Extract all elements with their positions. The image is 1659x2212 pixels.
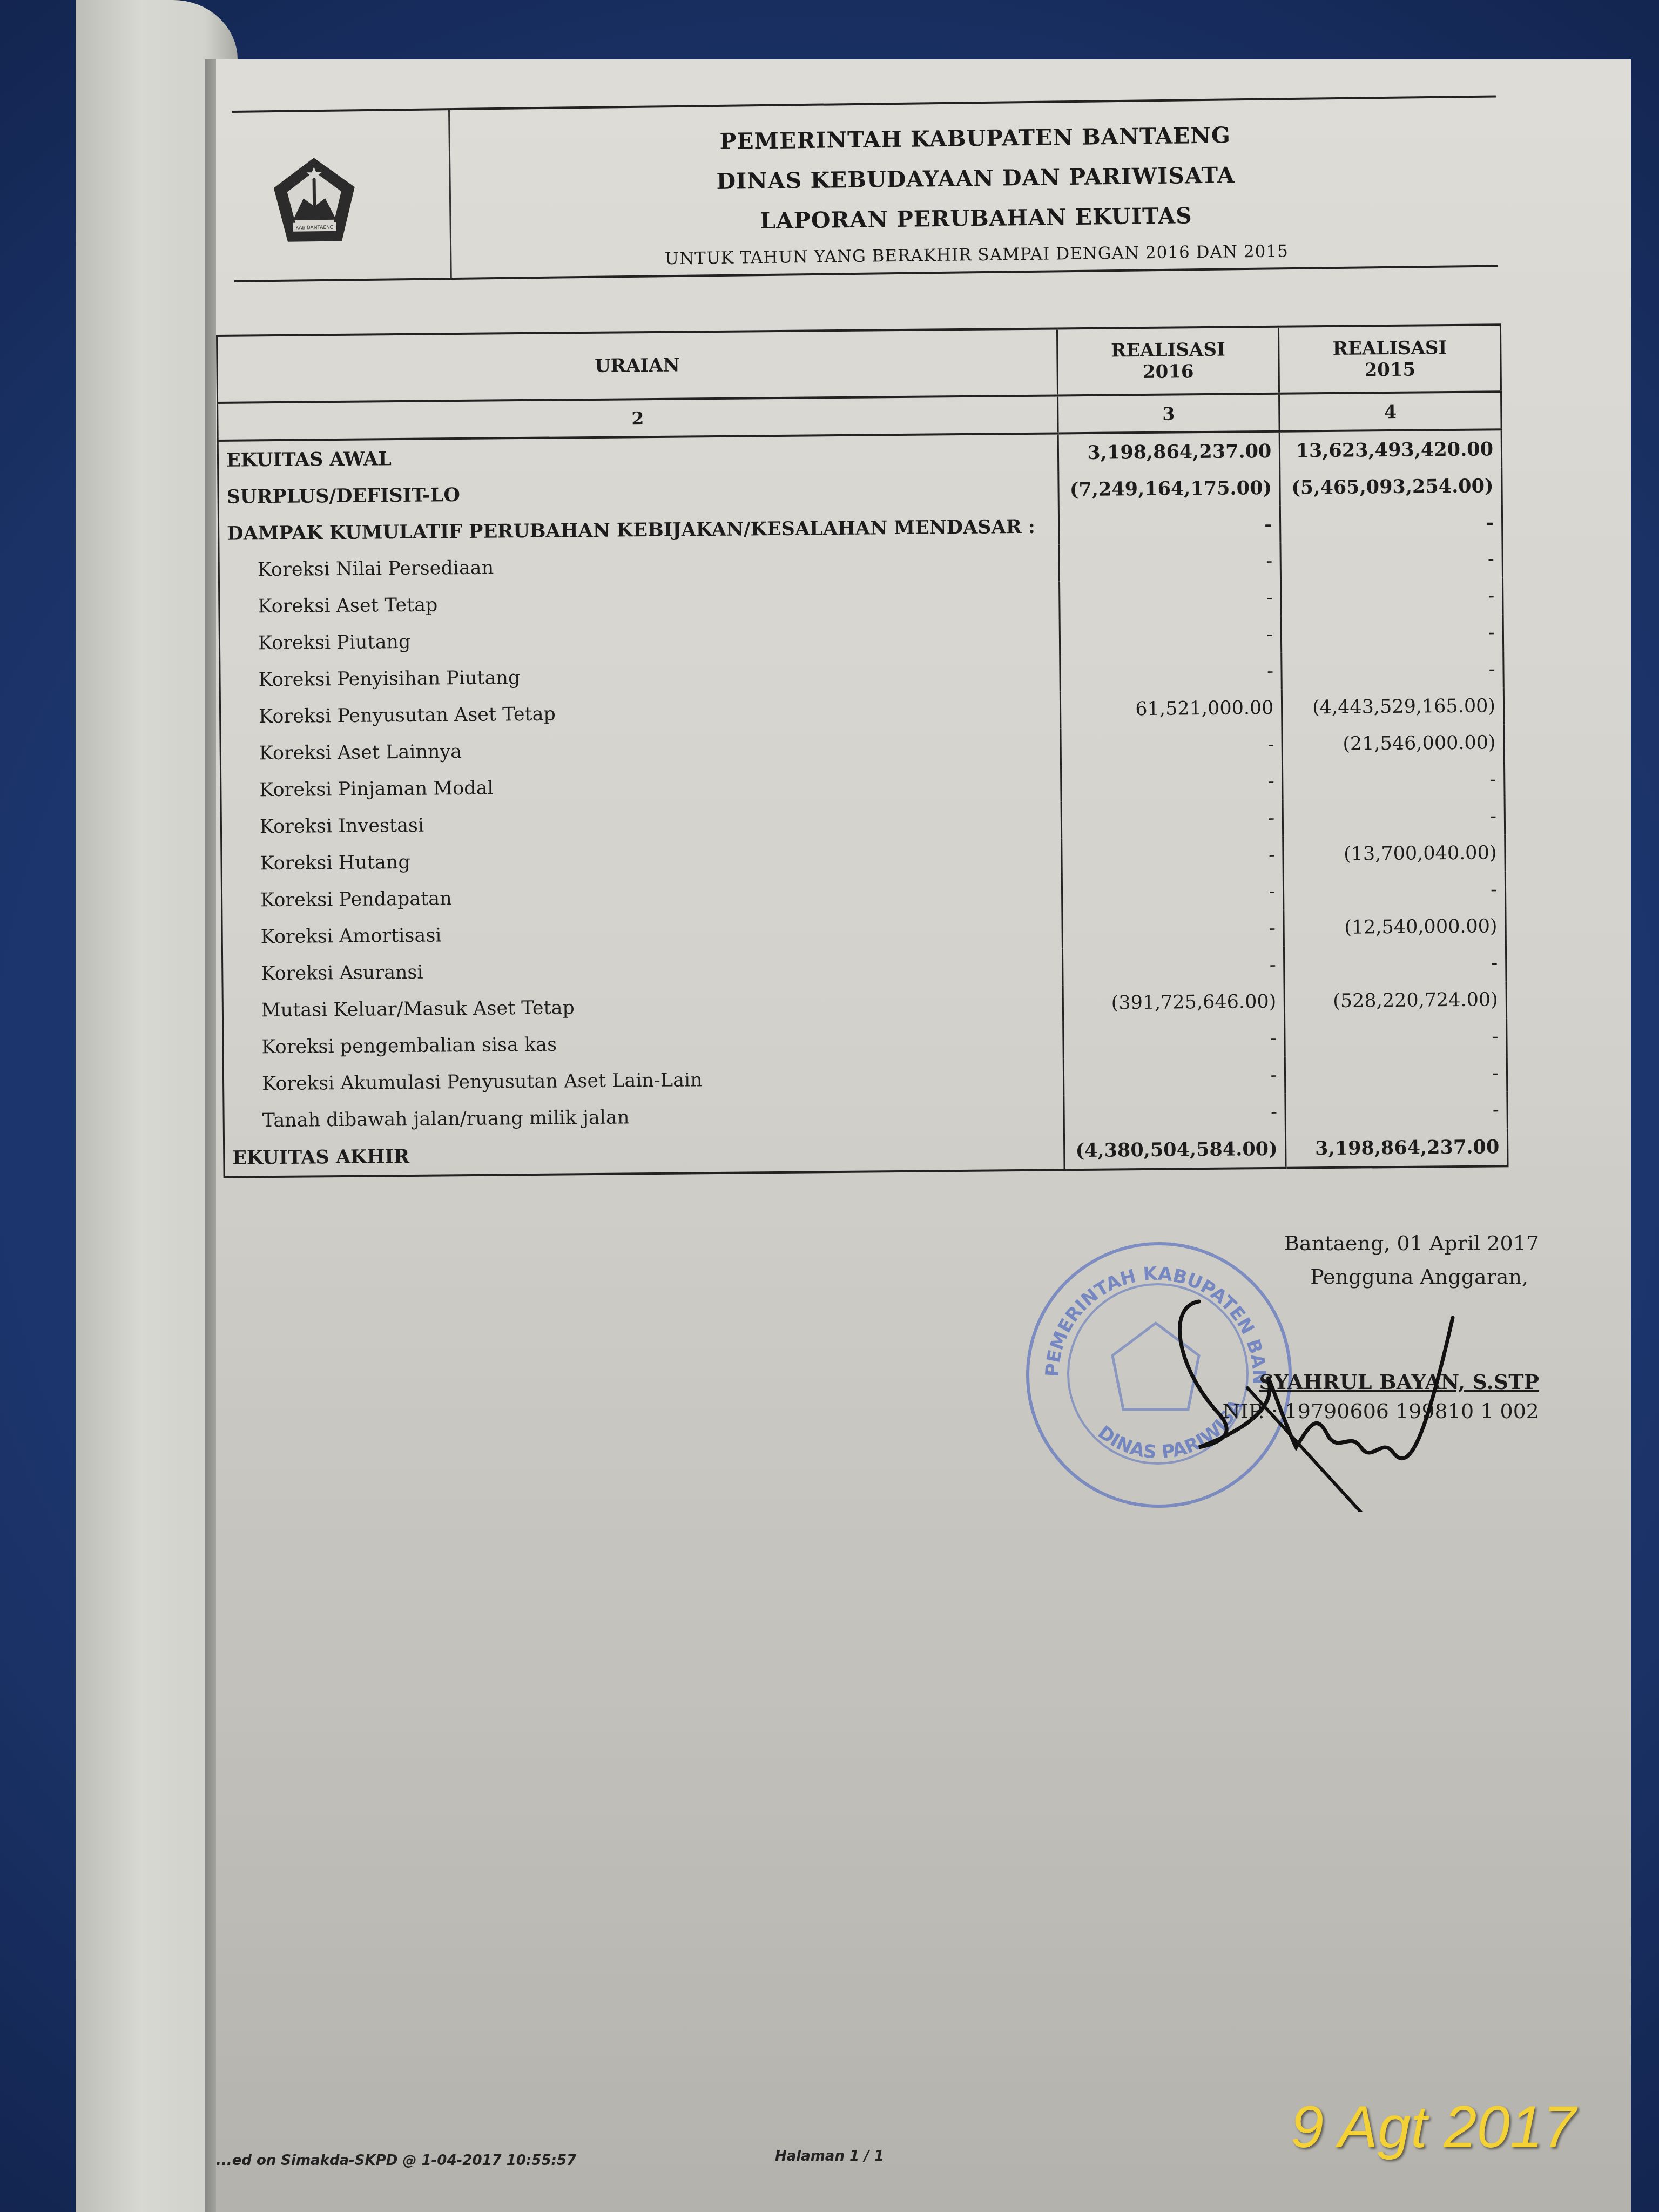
value-2016: - — [1059, 579, 1281, 618]
value-2016: 61,521,000.00 — [1060, 690, 1282, 729]
row-label: EKUITAS AKHIR — [224, 1132, 1064, 1177]
page-number: Halaman 1 / 1 — [775, 2148, 884, 2164]
value-2016: - — [1061, 800, 1283, 839]
handwritten-signature-icon — [1134, 1285, 1512, 1512]
value-2015: (12,540,000.00) — [1284, 908, 1506, 947]
report-header: KAB BANTAENG PEMERINTAH KABUPATEN BANTAE… — [232, 95, 1498, 282]
header-titles: PEMERINTAH KABUPATEN BANTAENG DINAS KEBU… — [454, 97, 1498, 271]
value-2015: - — [1283, 798, 1505, 837]
value-2016: - — [1062, 947, 1284, 986]
column-number: 3 — [1057, 394, 1279, 434]
column-header-realisasi-2015: REALISASI 2015 — [1279, 325, 1501, 394]
table-body: EKUITAS AWAL3,198,864,237.0013,623,493,4… — [218, 429, 1508, 1177]
value-2016: - — [1059, 543, 1281, 582]
value-2016: - — [1060, 653, 1282, 692]
value-2015: - — [1285, 1091, 1507, 1130]
svg-text:KAB BANTAENG: KAB BANTAENG — [295, 225, 333, 231]
value-2016: - — [1060, 616, 1282, 655]
value-2015: - — [1284, 871, 1506, 910]
value-2015: (21,546,000.00) — [1282, 724, 1504, 763]
equity-table-wrapper: URAIAN REALISASI 2016 REALISASI 2015 2 3… — [216, 323, 1509, 1178]
value-2016: 3,198,864,237.00 — [1058, 431, 1280, 471]
value-2015: 3,198,864,237.00 — [1286, 1128, 1508, 1168]
value-2015: - — [1282, 614, 1503, 653]
logo-cell: KAB BANTAENG — [232, 110, 452, 280]
value-2016: (4,380,504,584.00) — [1064, 1130, 1286, 1170]
value-2015: - — [1280, 541, 1502, 579]
report-period: UNTUK TAHUN YANG BERAKHIR SAMPAI DENGAN … — [455, 239, 1498, 271]
bantaeng-emblem-icon: KAB BANTAENG — [271, 154, 358, 247]
value-2016: - — [1062, 873, 1284, 912]
value-2015: (4,443,529,165.00) — [1282, 687, 1504, 726]
value-2015: - — [1280, 504, 1502, 543]
value-2015: 13,623,493,420.00 — [1280, 429, 1502, 469]
column-number: 4 — [1279, 392, 1501, 431]
column-header-uraian: URAIAN — [217, 328, 1058, 403]
value-2016: - — [1061, 763, 1283, 802]
value-2016: (391,725,646.00) — [1063, 983, 1285, 1022]
value-2015: (13,700,040.00) — [1283, 834, 1505, 873]
value-2016: - — [1061, 726, 1283, 765]
report-title: LAPORAN PERUBAHAN EKUITAS — [455, 199, 1497, 238]
value-2015: - — [1282, 651, 1503, 690]
value-2015: - — [1281, 577, 1503, 616]
table-header-row: URAIAN REALISASI 2016 REALISASI 2015 — [217, 325, 1501, 403]
value-2016: - — [1064, 1094, 1286, 1132]
value-2015: - — [1285, 1055, 1507, 1094]
value-2016: - — [1062, 910, 1284, 949]
value-2016: - — [1058, 506, 1280, 545]
photo-datestamp: 9 Agt 2017 — [1291, 2093, 1576, 2161]
print-footer: ...ed on Simakda-SKPD @ 1-04-2017 10:55:… — [216, 2153, 576, 2169]
value-2015: (5,465,093,254.00) — [1280, 467, 1502, 506]
column-header-realisasi-2016: REALISASI 2016 — [1057, 327, 1279, 396]
value-2015: - — [1283, 761, 1505, 800]
value-2016: (7,249,164,175.00) — [1058, 469, 1280, 508]
place-date: Bantaeng, 01 April 2017 — [1161, 1231, 1539, 1255]
government-name: PEMERINTAH KABUPATEN BANTAENG — [454, 119, 1496, 158]
value-2015: - — [1285, 1018, 1507, 1057]
agency-name: DINAS KEBUDAYAAN DAN PARIWISATA — [454, 159, 1496, 198]
document-page: KAB BANTAENG PEMERINTAH KABUPATEN BANTAE… — [216, 59, 1631, 2212]
equity-changes-table: URAIAN REALISASI 2016 REALISASI 2015 2 3… — [216, 323, 1509, 1178]
value-2016: - — [1063, 1057, 1285, 1096]
value-2016: - — [1063, 1020, 1285, 1059]
value-2015: - — [1284, 945, 1506, 983]
value-2016: - — [1062, 837, 1284, 875]
value-2015: (528,220,724.00) — [1284, 981, 1506, 1020]
